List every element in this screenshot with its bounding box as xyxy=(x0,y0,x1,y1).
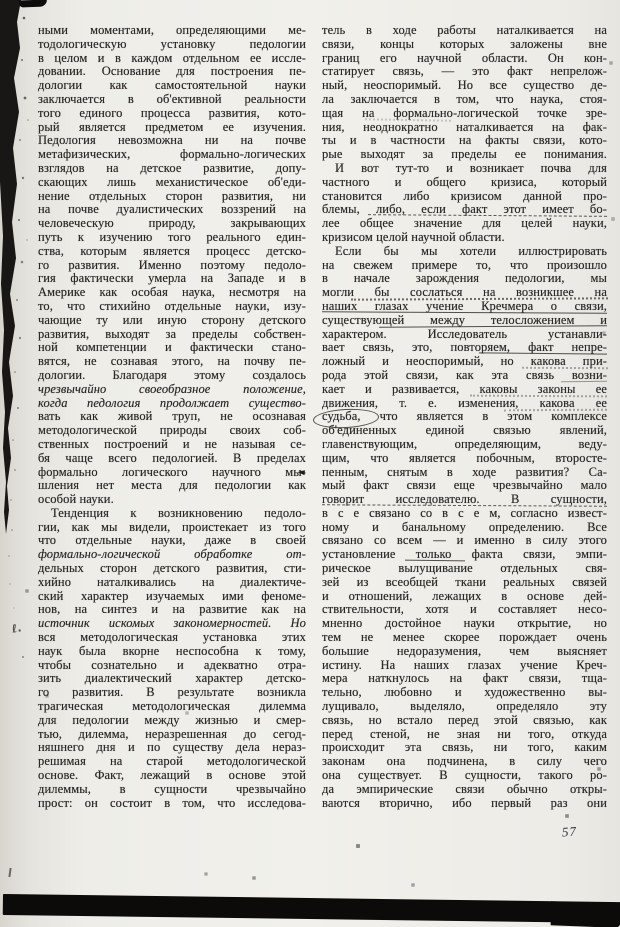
text-line: ными моментами, определяющими ме- xyxy=(38,24,306,38)
text-line: го развития. Именно поэтому педоло- xyxy=(38,259,306,273)
text-line: на почве дуалистических воззрений на xyxy=(38,203,306,217)
text-line: тодологическую установку педологии xyxy=(38,38,306,52)
text-line: пенным, снятым в ходе развития? Са- xyxy=(322,466,607,480)
text-line: формально логического научного мы- xyxy=(38,466,306,480)
scan-specks xyxy=(0,0,2,2)
text-line: скающих лишь механистическое об'еди- xyxy=(38,176,306,190)
text-line: большие недоразумения, чем выясняет xyxy=(322,645,607,659)
text-line: зей из всеобщей ткани реальных связей xyxy=(322,576,607,590)
text-line: человеческую природу, закрывающих xyxy=(38,217,306,231)
text-line: становится либо кризисом данной про- xyxy=(322,190,607,204)
text-line: наук была вкорне неспособна к тому, xyxy=(38,645,306,659)
text-line: ты и в частности на факты связи, кото- xyxy=(322,134,607,148)
text-line: да эмпирические связи обычно откры- xyxy=(322,783,607,797)
text-line: главенствующим, определяющим, веду- xyxy=(322,438,607,452)
text-line: источник искомых закономерностей. Но xyxy=(38,617,306,631)
text-line: она существует. В сущности, такого ро- xyxy=(322,769,607,783)
text-line: путь к изучению того реального един- xyxy=(38,231,306,245)
text-line: чтобы сознательно и адекватно отра- xyxy=(38,659,306,673)
text-line: ла заключается в том, что наука, стоя- xyxy=(322,93,607,107)
text-line: рые выходят за пределы ее понимания. xyxy=(322,148,607,162)
pen-arrow-mark: ◄ xyxy=(296,467,305,478)
text-line: тель в ходе работы наталкивается на xyxy=(322,24,607,38)
text-line: особой науки. xyxy=(38,493,306,507)
text-line: в целом и в каждом отдельном ее иссле- xyxy=(38,52,306,66)
text-line: кризисом целой научной области. xyxy=(322,231,607,245)
text-line: для педологии между жизнью и смер- xyxy=(38,714,306,728)
text-line: дельных сторон детского развития, сти- xyxy=(38,562,306,576)
margin-ink-mark xyxy=(22,656,24,658)
margin-ink-mark: ℓ. xyxy=(11,621,22,635)
text-line: ной компетенции и фактически стано- xyxy=(38,341,306,355)
text-line: ному и банальному определению. Все xyxy=(322,521,607,535)
text-line: заключается в об'ективной реальности xyxy=(38,93,306,107)
text-line: об'единенных единой связью явлений, xyxy=(322,424,607,438)
text-line: и отношений, лежащих в основе дей- xyxy=(322,590,607,604)
text-line: тью, дилемма, неразрешенная до сегод- xyxy=(38,728,306,742)
text-line: прост: он состоит в том, что исследова- xyxy=(38,797,306,811)
text-line: когда педология продолжает существо- xyxy=(38,397,306,411)
text-line: ствительности, хотя и составляет несо- xyxy=(322,603,607,617)
text-line: И вот тут-то и возникает почва для xyxy=(322,162,607,176)
text-line: нение отдельных сторон развития, ни xyxy=(38,190,306,204)
text-line: вятся, не сознавая этого, на почву пе- xyxy=(38,355,306,369)
text-line: в с е связано со в с е м, согласно извес… xyxy=(322,507,607,521)
text-line: гии, как мы видели, проистекает из того xyxy=(38,521,306,535)
text-line: мый факт связи еще чрезвычайно мало xyxy=(322,479,607,493)
text-line: хийно наталкивались на диалектиче- xyxy=(38,576,306,590)
text-line: дологии. Благодаря этому создалось xyxy=(38,369,306,383)
text-line: вать как живой труп, не осознавая xyxy=(38,410,306,424)
text-line: Если бы мы хотели иллюстрировать xyxy=(322,245,607,259)
text-line: мненно достойное науки открытие, но xyxy=(322,617,607,631)
text-line: происходит эта связь, ни того, каким xyxy=(322,741,607,755)
text-line: формально-логической обработке от- xyxy=(38,548,306,562)
text-line: лущивало, выделяло, определяло эту xyxy=(322,700,607,714)
text-line: ный, неоспоримый. Но все существо де- xyxy=(322,79,607,93)
text-line: няшнего дня и по существу дела нераз- xyxy=(38,741,306,755)
text-line: чающие ту или иную сторону детского xyxy=(38,314,306,328)
text-line: связи, концы которых заложены вне xyxy=(322,38,607,52)
text-line: что отдельные науки, даже в своей xyxy=(38,534,306,548)
text-line: щим, что является побочным, второсте- xyxy=(322,452,607,466)
text-line: ния, неоднократно наталкивается на фак- xyxy=(322,121,607,135)
text-line: истину. На наших глазах учение Креч- xyxy=(322,659,607,673)
text-line: решимая на старой методологической xyxy=(38,755,306,769)
text-line: го развития. В результате возникла xyxy=(38,686,306,700)
scanned-page: ными моментами, определяющими ме-тодолог… xyxy=(0,0,620,927)
text-line: на свежем примере то, что произошло xyxy=(322,259,607,273)
scan-ink-blob xyxy=(19,0,47,7)
text-line: трагическая методологическая дилемма xyxy=(38,700,306,714)
page-number: 57 xyxy=(561,823,577,840)
text-line: того единого процесса развития, кото- xyxy=(38,107,306,121)
text-line: основе. Факт, лежащий в основе этой xyxy=(38,769,306,783)
text-line: методологической природы своих соб- xyxy=(38,424,306,438)
text-line: дилеммы, в сущности чрезвычайно xyxy=(38,783,306,797)
text-line: вся методологическая установка этих xyxy=(38,631,306,645)
text-line: лее общее значение для целей науки, xyxy=(322,217,607,231)
text-line: в начале зарождения педологии, мы xyxy=(322,272,607,286)
scan-bottom-bar xyxy=(3,894,620,923)
text-line: характером. Исследователь устанавли- xyxy=(322,328,607,342)
text-line: чрезвычайно своеобразное положение, xyxy=(38,383,306,397)
margin-ink-mark xyxy=(8,868,11,877)
text-line: мера наткнулось на факт связи, тща- xyxy=(322,672,607,686)
text-line: то, что стихийно отдельные науки, изу- xyxy=(38,300,306,314)
text-line: дологии как самостоятельной науки xyxy=(38,79,306,93)
text-line: частного и общего кризиса, который xyxy=(322,176,607,190)
text-line: развития, выходят за пределы собствен- xyxy=(38,328,306,342)
text-line: связь, но встало перед этой связью, как xyxy=(322,714,607,728)
text-line: границ его научной области. Он кон- xyxy=(322,52,607,66)
binding-shadow-strip xyxy=(0,0,34,700)
text-line: перед стеной, не зная ни того, откуда xyxy=(322,728,607,742)
text-line: гия фактически умерла на Западе и в xyxy=(38,272,306,286)
text-line: тем не менее скорее порождает очень xyxy=(322,631,607,645)
text-line: рическое вылущивание отдельных свя- xyxy=(322,562,607,576)
text-line: шления нет места для педологии как xyxy=(38,479,306,493)
text-line: ский характер изучаемых ими феноме- xyxy=(38,590,306,604)
text-line: Тенденция к возникновению педоло- xyxy=(38,507,306,521)
text-line: тельно, любовно и художественно вы- xyxy=(322,686,607,700)
text-line: ваются вторично, ибо первый раз они xyxy=(322,797,607,811)
text-line: ства, которым является процесс детско- xyxy=(38,245,306,259)
text-line: связано со всем — и именно в силу этого xyxy=(322,534,607,548)
text-line: бя чаще всего педологией. В пределах xyxy=(38,452,306,466)
text-line: рый является предметом ее изучения. xyxy=(38,121,306,135)
text-line: законам она подчинена, в силу чего xyxy=(322,755,607,769)
text-line: Педология невозможна ни на почве xyxy=(38,134,306,148)
left-column: ными моментами, определяющими ме-тодолог… xyxy=(38,24,306,810)
text-line: довании. Основание для построения пе- xyxy=(38,65,306,79)
text-line: взглядов на детское развитие, допу- xyxy=(38,162,306,176)
text-line: Америке как особая наука, несмотря на xyxy=(38,286,306,300)
text-line: статирует связь, — это факт непрелож- xyxy=(322,65,607,79)
pen-dotted-mark xyxy=(470,394,607,397)
text-line: зить диалектический характер детско- xyxy=(38,672,306,686)
text-line: метафизических, формально-логических xyxy=(38,148,306,162)
pen-dotted-mark xyxy=(504,408,607,411)
text-line: ственных построений и не называя се- xyxy=(38,438,306,452)
text-line: нов, на синтез и на развитие как на xyxy=(38,603,306,617)
